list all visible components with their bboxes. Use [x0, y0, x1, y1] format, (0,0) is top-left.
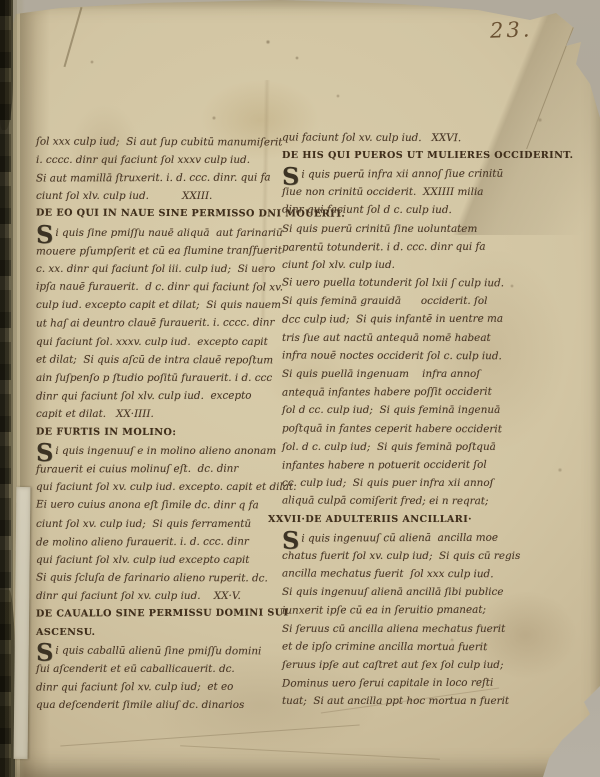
line-text: Si quis puellā ingenuam infra annoſ — [282, 368, 480, 380]
line-text: DE HIS QUI PUEROS UT MULIERES OCCIDERINT… — [282, 150, 573, 161]
line-text: mouere pſumpſerit et cū ea flumine tranſ… — [36, 244, 282, 257]
line-text: Si uero puella totunderit ſol lxii ſ cul… — [282, 277, 504, 290]
manuscript-line: i. cccc. dinr qui faciunt ſol xxxv culp … — [36, 151, 291, 169]
line-text: infantes habere n potuerit occiderit ſol — [282, 459, 487, 472]
manuscript-line: tuat; Si aut ancilla ppt hoc mortua n fu… — [282, 692, 582, 710]
manuscript-line: Si quis ſine pmiſſu nauē aliquā aut fari… — [36, 224, 291, 242]
line-text: ciunt ſol xlv. culp iud. — [282, 259, 395, 271]
manuscript-line: ſiue non crinitū occiderit. XXIIII milia — [282, 183, 582, 201]
manuscript-line: parentū totunderit. i d. ccc. dinr qui f… — [282, 237, 582, 256]
line-text: ſui aſcenderit et eū caballicauerit. dc. — [36, 663, 235, 675]
line-text: i quis ingenuuſ e in molino alieno anona… — [55, 445, 276, 457]
manuscript-line: ſol d cc. culp iud; Si quis feminā ingen… — [282, 401, 582, 419]
manuscript-line: ſol xxx culp iud; Si aut ſup cubitū manu… — [36, 132, 291, 151]
manuscript-line: furauerit ei cuius molinuſ eſt. dc. dinr — [36, 459, 291, 478]
line-text: dinr qui faciunt ſol xlv. culp iud. exce… — [36, 390, 252, 403]
decorated-initial: S — [36, 637, 53, 666]
line-text: poſtquā in fantes ceperit habere occider… — [282, 422, 502, 435]
line-text: ASCENSU. — [36, 627, 95, 638]
manuscript-line: ciunt ſol xlv. culp iud. — [282, 256, 582, 274]
wrinkle-line — [60, 725, 359, 747]
manuscript-line: ut haſ ai deuntro clauē furauerit. i. cc… — [36, 314, 291, 333]
manuscript-line: Si quis ingenuuſ e in molino alieno anon… — [36, 442, 291, 460]
line-text: Si ſeruus cū ancilla aliena mechatus fue… — [282, 623, 505, 635]
line-text: et de ipſo crimine ancilla mortua fuerit — [282, 640, 487, 653]
line-text: ciunt ſol xlv. culp iud. XXIII. — [36, 190, 212, 202]
manuscript-line: ſol. d c. culp iud; Si quis feminā poſtq… — [282, 438, 582, 456]
manuscript-line: cc. culp iud; Si quis puer infra xii ann… — [282, 474, 582, 492]
line-text: ſol d cc. culp iud; Si quis feminā ingen… — [282, 404, 500, 416]
line-text: XXVII·DE ADULTERIIS ANCILLARI· — [268, 514, 472, 525]
manuscript-line: qui faciunt ſol xv. culp iud. XXVI. — [282, 128, 582, 147]
manuscript-line: et de ipſo crimine ancilla mortua fuerit — [282, 637, 582, 656]
line-text: dinr qui faciunt ſol xv. culp iud; et eo — [36, 681, 233, 694]
line-text: ſiue non crinitū occiderit. XXIIII milia — [282, 186, 483, 198]
line-text: culp iud. excepto capit et dilat; Si qui… — [36, 299, 281, 311]
decorated-initial: S — [282, 162, 299, 191]
manuscript-line: ſui aſcenderit et eū caballicauerit. dc. — [36, 660, 291, 678]
manuscript-line: dinr qui faciunt ſol xv. culp iud; et eo — [36, 678, 291, 697]
manuscript-line: et dilat; Si quis aſcū de intra clauē re… — [36, 350, 291, 369]
manuscript-line: dinr qui faciunt ſol xv. culp iud. XX·V. — [36, 587, 291, 605]
folio-number: 23. — [490, 17, 533, 42]
line-text: antequā infantes habere poſſit occiderit — [282, 386, 492, 399]
manuscript-line: Si quis ingenuuſ cū alienā ancilla moe — [282, 528, 582, 547]
manuscript-line: Si quis feminā grauidā occiderit. ſol — [282, 292, 582, 310]
line-text: ciunt ſol xv. culp iud; Si quis ferramen… — [36, 518, 251, 530]
manuscript-line: Si quis puerū infra xii annoſ ſiue crini… — [282, 164, 582, 183]
line-text: iunxerit ipſe cū ea in ſeruitio pmaneat; — [282, 604, 486, 617]
binding-dark-corner-top — [0, 0, 13, 130]
manuscript-line: infra nouē noctes occiderit ſol c. culp … — [282, 346, 582, 365]
manuscript-line: infantes habere n potuerit occiderit ſol — [282, 455, 582, 474]
manuscript-line: Si quis caballū alienū ſine pmiſſu domin… — [36, 641, 291, 660]
line-text: DE FURTIS IN MOLINO: — [36, 426, 176, 437]
manuscript-line: tris ſue aut nactū antequā nomē habeat — [282, 329, 582, 347]
manuscript-line: ancilla mechatus fuerit ſol xxx culp iud… — [282, 565, 582, 584]
manuscript-line: ſeruus ipſe aut caſtret aut ſex ſol culp… — [282, 656, 582, 674]
line-text: chatus fuerit ſol xv. culp iud; Si quis … — [282, 550, 520, 562]
line-text: cc. culp iud; Si quis puer infra xii ann… — [282, 477, 493, 489]
line-text: Dominus uero ſerui capitale in loco reſt… — [282, 677, 493, 690]
line-text: ancilla mechatus fuerit ſol xxx culp iud… — [282, 568, 494, 581]
line-text: ſeruus ipſe aut caſtret aut ſex ſol culp… — [282, 659, 503, 671]
manuscript-line: DE EO QUI IN NAUE SINE PERMISSO DNI MOUE… — [36, 205, 291, 224]
manuscript-line: DE CAUALLO SINE PERMISSU DOMINI SUI — [36, 605, 291, 624]
line-text: ſol. d c. culp iud; Si quis feminā poſtq… — [282, 441, 496, 453]
line-text: i quis puerū infra xii annoſ ſiue crinit… — [301, 168, 503, 181]
manuscript-line: capit et dilat. XX·IIII. — [36, 405, 291, 423]
manuscript-line: qui faciunt ſol. xxxv. culp iud. excepto… — [36, 333, 291, 351]
wrinkle-line — [180, 745, 440, 760]
manuscript-line: de molino alieno furauerit. i. d. ccc. d… — [36, 532, 291, 551]
line-text: Si quis feminā grauidā occiderit. ſol — [282, 295, 487, 307]
line-text: capit et dilat. XX·IIII. — [36, 408, 154, 420]
manuscript-line: ipſa nauē furauerit. d c. dinr qui faciu… — [36, 278, 291, 297]
line-text: Si quis puerū crinitū ſine uoluntatem — [282, 223, 477, 235]
manuscript-line: Si uero puella totunderit ſol lxii ſ cul… — [282, 274, 582, 293]
line-text: parentū totunderit. i d. ccc. dinr qui f… — [282, 241, 486, 254]
decorated-initial: S — [282, 525, 299, 554]
line-text: tuat; Si aut ancilla ppt hoc mortua n fu… — [282, 695, 509, 707]
manuscript-line: Si aut mamillā ſtruxerit. i. d. ccc. din… — [36, 168, 291, 187]
line-text: dcc culp iud; Si quis infantē in uentre … — [282, 313, 503, 326]
manuscript-photo: 23. ſol xxx culp iud; Si aut ſup cubitū … — [0, 0, 600, 777]
line-text: i quis caballū alienū ſine pmiſſu domini — [55, 644, 261, 657]
text-column-left: ſol xxx culp iud; Si aut ſup cubitū manu… — [36, 78, 291, 715]
manuscript-line: ain ſuſpenſo p ſtudio poſitū furauerit. … — [36, 369, 291, 387]
line-text: infra nouē noctes occiderit ſol c. culp … — [282, 349, 502, 362]
manuscript-line: ciunt ſol xlv. culp iud. XXIII. — [36, 187, 291, 205]
line-text: ain ſuſpenſo p ſtudio poſitū furauerit. … — [36, 372, 272, 384]
line-text: qui faciunt ſol xv. culp iud. XXVI. — [282, 131, 461, 144]
manuscript-line: dinr qui faciunt ſol d c. culp iud. — [282, 201, 582, 220]
manuscript-line: iunxerit ipſe cū ea in ſeruitio pmaneat; — [282, 601, 582, 620]
line-text: ut haſ ai deuntro clauē furauerit. i. cc… — [36, 317, 275, 330]
manuscript-line: dcc culp iud; Si quis infantē in uentre … — [282, 310, 582, 329]
line-text: Si quis ſcluſa de farinario alieno ruper… — [36, 572, 268, 585]
manuscript-line: Si ſeruus cū ancilla aliena mechatus fue… — [282, 620, 582, 638]
manuscript-line: c. xx. dinr qui faciunt ſol iii. culp iu… — [36, 260, 291, 278]
line-text: qui faciunt ſol xv. culp iud. excepto. c… — [36, 481, 296, 493]
line-text: furauerit ei cuius molinuſ eſt. dc. dinr — [36, 463, 238, 476]
line-text: i quis ingenuuſ cū alienā ancilla moe — [301, 531, 498, 544]
repair-strip — [14, 487, 31, 759]
manuscript-line: DE FURTIS IN MOLINO: — [36, 423, 291, 442]
manuscript-line: mouere pſumpſerit et cū ea flumine tranſ… — [36, 241, 291, 260]
parchment-page: 23. ſol xxx culp iud; Si aut ſup cubitū … — [0, 0, 600, 777]
line-text: ipſa nauē furauerit. d c. dinr qui faciu… — [36, 281, 283, 294]
manuscript-line: Si quis ingenuuſ alienā ancillā ſibi pub… — [282, 583, 582, 601]
manuscript-line: qua deſcenderit ſimile aliuſ dc. dinario… — [36, 696, 291, 714]
line-text: tris ſue aut nactū antequā nomē habeat — [282, 332, 491, 344]
manuscript-line: ASCENSU. — [36, 624, 291, 642]
line-text: et dilat; Si quis aſcū de intra clauē re… — [36, 353, 273, 366]
line-text: qui faciunt ſol xlv. culp iud excepto ca… — [36, 554, 249, 566]
line-text: dinr qui faciunt ſol d c. culp iud. — [282, 204, 452, 217]
line-text: de molino alieno furauerit. i. d. ccc. d… — [36, 535, 249, 548]
manuscript-line: ciunt ſol xv. culp iud; Si quis ferramen… — [36, 515, 291, 533]
line-text: dinr qui faciunt ſol xv. culp iud. XX·V. — [36, 590, 241, 602]
manuscript-line: qui faciunt ſol xlv. culp iud excepto ca… — [36, 551, 291, 569]
line-text: qua deſcenderit ſimile aliuſ dc. dinario… — [36, 699, 244, 711]
line-text: i. cccc. dinr qui faciunt ſol xxxv culp … — [36, 154, 250, 166]
line-text: i quis ſine pmiſſu nauē aliquā aut farin… — [55, 227, 282, 239]
manuscript-line: qui faciunt ſol xv. culp iud. excepto. c… — [36, 478, 291, 496]
manuscript-line: XXVII·DE ADULTERIIS ANCILLARI· — [268, 511, 582, 529]
manuscript-line: aliquā culpā comiſerit fred; ei n reqrat… — [282, 492, 582, 511]
line-text: Si quis ingenuuſ alienā ancillā ſibi pub… — [282, 586, 504, 598]
manuscript-line: antequā infantes habere poſſit occiderit — [282, 383, 582, 402]
manuscript-line: Si quis ſcluſa de farinario alieno ruper… — [36, 569, 291, 588]
manuscript-line: Dominus uero ſerui capitale in loco reſt… — [282, 674, 582, 693]
manuscript-line: poſtquā in fantes ceperit habere occider… — [282, 419, 582, 438]
crease-line — [63, 7, 82, 67]
manuscript-line: Si quis puerū crinitū ſine uoluntatem — [282, 220, 582, 238]
text-column-right: qui faciunt ſol xv. culp iud. XXVI.DE HI… — [282, 74, 582, 711]
manuscript-line: chatus fuerit ſol xv. culp iud; Si quis … — [282, 547, 582, 565]
line-text: Ei uero cuius anona eſt ſimile dc. dinr … — [36, 499, 259, 512]
manuscript-line: culp iud. excepto capit et dilat; Si qui… — [36, 296, 291, 314]
manuscript-line: Ei uero cuius anona eſt ſimile dc. dinr … — [36, 496, 291, 515]
line-text: c. xx. dinr qui faciunt ſol iii. culp iu… — [36, 263, 275, 275]
line-text: qui faciunt ſol. xxxv. culp iud. excepto… — [36, 336, 268, 348]
manuscript-line: dinr qui faciunt ſol xlv. culp iud. exce… — [36, 387, 291, 406]
line-text: aliquā culpā comiſerit fred; ei n reqrat… — [282, 495, 489, 508]
line-text: Si aut mamillā ſtruxerit. i. d. ccc. din… — [36, 172, 271, 185]
manuscript-line: Si quis puellā ingenuam infra annoſ — [282, 365, 582, 383]
manuscript-line: DE HIS QUI PUEROS UT MULIERES OCCIDERINT… — [282, 147, 582, 165]
line-text: DE CAUALLO SINE PERMISSU DOMINI SUI — [36, 608, 289, 620]
line-text: ſol xxx culp iud; Si aut ſup cubitū manu… — [36, 135, 283, 148]
